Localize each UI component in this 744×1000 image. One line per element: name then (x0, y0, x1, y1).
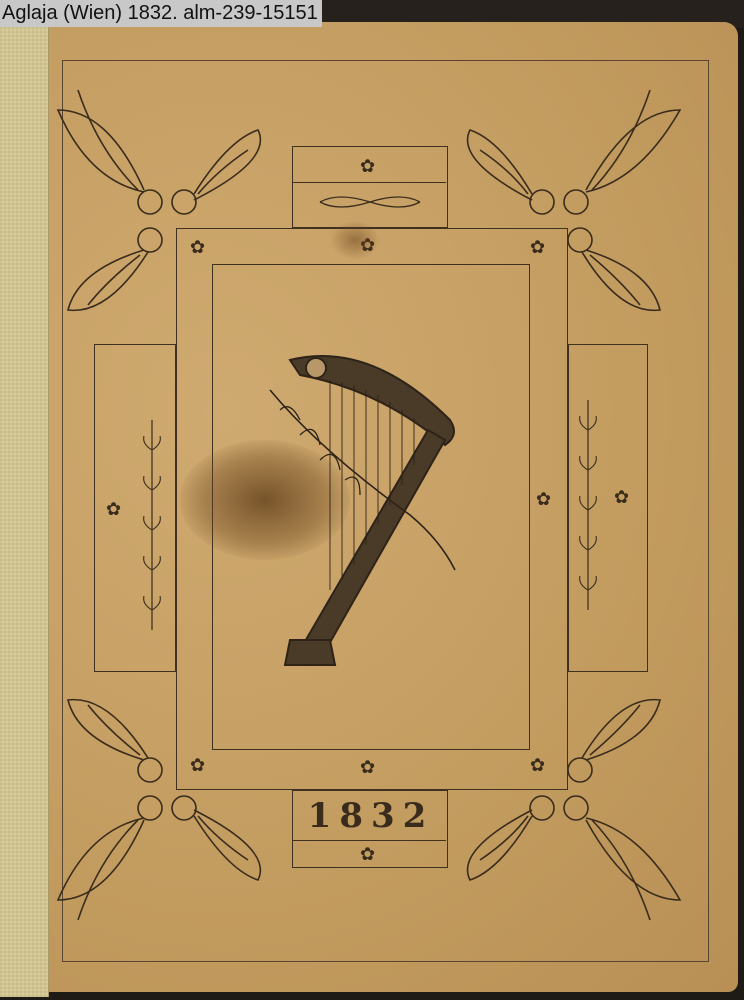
harp-icon (260, 340, 470, 670)
scroll-ornament-icon (318, 192, 422, 212)
acanthus-corner-ornament-icon (48, 690, 278, 940)
water-stain (330, 220, 380, 260)
acanthus-corner-ornament-icon (48, 70, 278, 320)
vine-ornament-icon (140, 420, 164, 630)
acanthus-corner-ornament-icon (460, 690, 700, 940)
acanthus-corner-ornament-icon (460, 70, 700, 320)
year-label: 1832 (296, 792, 446, 840)
rosette-icon: ✿ (360, 758, 375, 776)
rosette-icon: ✿ (360, 157, 375, 175)
rosette-icon: ✿ (614, 488, 629, 506)
year-panel-divider (292, 840, 446, 841)
top-panel-divider (292, 182, 446, 183)
vine-ornament-icon (576, 400, 600, 610)
rosette-icon: ✿ (106, 500, 121, 518)
spine-cloth (0, 22, 49, 997)
rosette-icon: ✿ (360, 845, 375, 863)
rosette-icon: ✿ (536, 490, 551, 508)
image-title-label: Aglaja (Wien) 1832. alm-239-15151 (0, 0, 322, 27)
